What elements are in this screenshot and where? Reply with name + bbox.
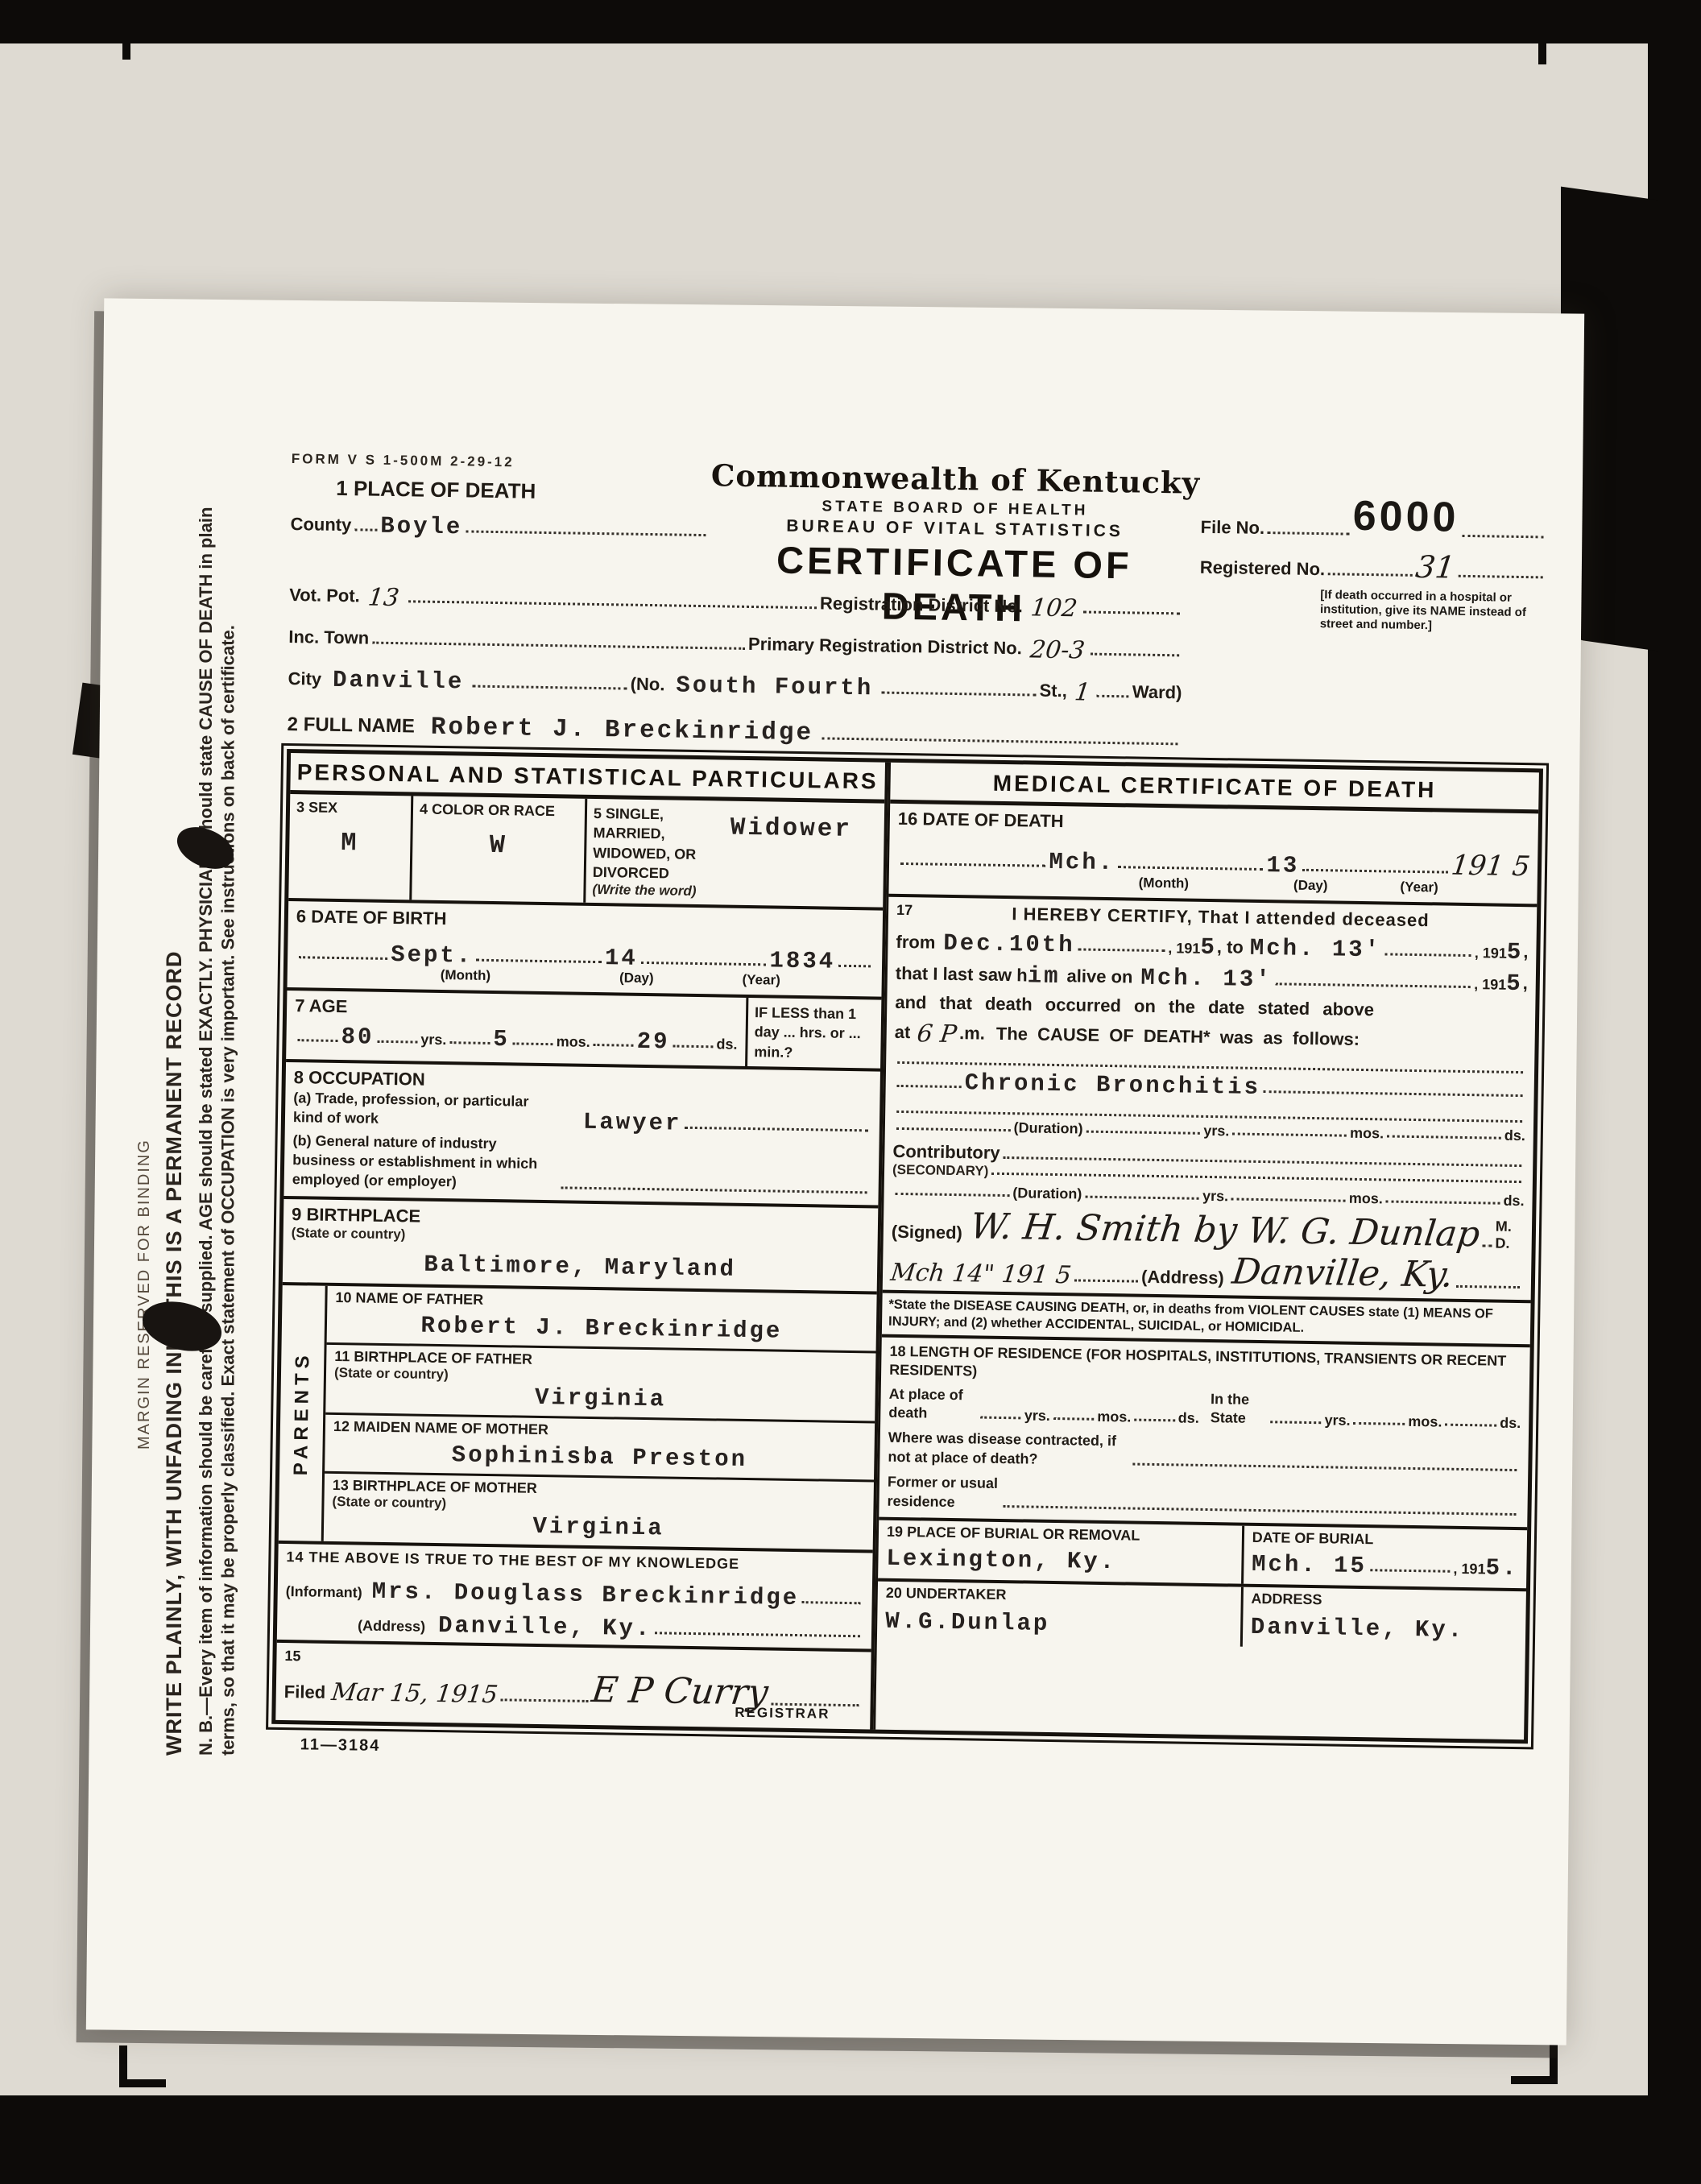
dotted-leader <box>655 1632 860 1637</box>
dotted-leader <box>372 642 745 650</box>
city-label: City <box>288 668 321 690</box>
dotted-leader <box>297 1039 337 1042</box>
dotted-leader <box>1459 575 1543 579</box>
parents-vertical-label: PARENTS <box>279 1285 328 1541</box>
marital-value: Widower <box>729 814 852 903</box>
dotted-leader <box>1264 1090 1523 1097</box>
in-state-label: In the State <box>1211 1390 1268 1429</box>
occupation-b-label: (b) General nature of industry business … <box>292 1131 559 1193</box>
county-value: Boyle <box>380 513 463 541</box>
marital-label: 5 SINGLE, MARRIED, WIDOWED, OR DIVORCED <box>593 804 731 884</box>
race-label: 4 COLOR OR RACE <box>420 801 578 821</box>
dotted-leader <box>1387 1135 1501 1139</box>
date-of-death-section: 16 DATE OF DEATH Mch. 13 191 5 (Month) (… <box>888 804 1538 908</box>
dotted-leader <box>900 862 1045 867</box>
corner-registration-mark <box>122 18 169 60</box>
certificate-title: CERTIFICATE OF DEATH <box>708 536 1201 633</box>
certification-section: 17 I HEREBY CERTIFY, That I attended dec… <box>883 897 1538 1304</box>
comma: , <box>1523 941 1529 962</box>
occupation-a-label: (a) Trade, profession, or particular kin… <box>293 1088 560 1131</box>
informant-section: 14 THE ABOVE IS TRUE TO THE BEST OF MY K… <box>277 1543 873 1652</box>
where-contracted-label: Where was disease contracted, if not at … <box>888 1429 1130 1470</box>
age-months: 5 <box>493 1026 510 1053</box>
length-of-residence-section: 18 LENGTH OF RESIDENCE (FOR HOSPITALS, I… <box>879 1338 1529 1531</box>
street-value: South Fourth <box>676 672 873 702</box>
last-saw-date: Mch. 13' <box>1140 965 1273 994</box>
city-value: Danville <box>333 667 465 696</box>
undertaker-value: W.G.Dunlap <box>885 1608 1232 1640</box>
informant-address-caption: (Address) <box>358 1617 425 1635</box>
scan-border-bottom <box>0 2095 1701 2184</box>
physician-address-caption: (Address) <box>1141 1267 1224 1289</box>
birthplace-value: Baltimore, Maryland <box>291 1249 869 1284</box>
attended-from-year: 5 <box>1200 934 1217 961</box>
age-days: 29 <box>636 1028 669 1056</box>
dotted-leader <box>1118 866 1263 871</box>
mos-caption: mos. <box>1097 1408 1131 1426</box>
dotted-leader <box>1354 1422 1405 1425</box>
dotted-leader <box>1134 1419 1175 1422</box>
dotted-leader <box>897 1085 962 1088</box>
dotted-leader <box>881 692 1036 697</box>
margin-binding-note: MARGIN RESERVED FOR BINDING <box>135 805 154 1450</box>
signed-date-value: Mch 14" 191 5 <box>889 1259 1073 1289</box>
month-caption: (Month) <box>1139 875 1190 892</box>
dotted-leader <box>472 685 627 690</box>
last-saw-pre: that I last saw h <box>896 963 1028 987</box>
month-caption: (Month) <box>441 967 491 984</box>
year-prefix: , 191 <box>1474 976 1506 994</box>
age-years: 80 <box>341 1024 374 1051</box>
dod-label: 16 DATE OF DEATH <box>898 809 1530 839</box>
birthplace-section: 9 BIRTHPLACE (State or country) Baltimor… <box>283 1199 879 1295</box>
occupation-value: Lawyer <box>583 1108 682 1136</box>
dotted-leader <box>896 1127 1011 1131</box>
burial-date-value: Mch. 15 <box>1252 1551 1367 1579</box>
registered-no-label: Registered No. <box>1200 557 1326 580</box>
dotted-leader <box>822 737 1177 745</box>
dotted-leader <box>1386 1200 1500 1204</box>
dod-month: Mch. <box>1049 849 1115 876</box>
registration-district-value: 102 <box>1029 594 1078 623</box>
day-caption: (Day) <box>1293 878 1328 895</box>
dotted-leader <box>1097 695 1129 698</box>
full-name-value: Robert J. Breckinridge <box>431 714 814 747</box>
dotted-leader <box>1270 1421 1322 1425</box>
dotted-leader <box>1462 535 1543 539</box>
county-label: County <box>290 514 351 536</box>
dotted-leader <box>299 956 387 960</box>
dotted-leader <box>685 1126 868 1131</box>
duration-caption: (Duration) <box>1012 1185 1082 1202</box>
corner-registration-mark <box>119 2045 166 2087</box>
burial-year-value: 5. <box>1485 1554 1518 1582</box>
hospital-note: [If death occurred in a hospital or inst… <box>1320 588 1546 635</box>
attended-to-value: Mch. 13' <box>1250 935 1382 964</box>
undertaker-address-label: ADDRESS <box>1251 1590 1518 1611</box>
date-of-birth-section: 6 DATE OF BIRTH Sept. 14 1834 (Month) (D… <box>287 901 883 1000</box>
dotted-leader <box>1074 1279 1138 1282</box>
death-certificate-form: FORM V S 1-500M 2-29-12 1 PLACE OF DEATH… <box>271 451 1548 1773</box>
dotted-leader <box>1086 1131 1201 1135</box>
at-label: at <box>895 1022 911 1043</box>
sex-value: M <box>296 827 404 858</box>
filed-label: Filed <box>284 1681 326 1703</box>
dob-year: 1834 <box>769 948 835 975</box>
mos-caption: mos. <box>1350 1125 1384 1143</box>
dotted-leader <box>513 1043 553 1046</box>
commonwealth-title: Commonwealth of Kentucky <box>710 457 1202 501</box>
filed-date-value: Mar 15, 1915 <box>330 1678 499 1709</box>
header-right: File No. 6000 Registered No. 31 [If deat… <box>1199 465 1548 639</box>
dotted-leader <box>594 1044 634 1047</box>
year-caption: (Year) <box>1400 879 1438 896</box>
burial-place-value: Lexington, Ky. <box>886 1545 1233 1578</box>
dotted-leader <box>1053 1417 1095 1421</box>
scan-border-top <box>0 0 1701 43</box>
dotted-leader <box>1132 1463 1517 1471</box>
from-label: from <box>896 932 935 953</box>
comma: , <box>1522 973 1528 994</box>
margin-nb-note: N. B.—Every item of information should b… <box>195 499 263 1756</box>
dotted-leader <box>991 1173 1521 1183</box>
informant-section-label: 14 THE ABOVE IS TRUE TO THE BEST OF MY K… <box>286 1549 864 1574</box>
dotted-leader <box>1328 573 1413 577</box>
file-no-label: File No. <box>1200 517 1264 539</box>
place-of-death-label: 1 PLACE OF DEATH <box>336 476 710 507</box>
corner-registration-mark <box>1500 23 1546 64</box>
dotted-leader <box>1370 1569 1451 1573</box>
cause-of-death-value: Chronic Bronchitis <box>965 1069 1261 1101</box>
ds-caption: ds. <box>1178 1410 1199 1427</box>
dotted-leader <box>1384 953 1471 957</box>
informant-address-value: Danville, Ky. <box>438 1612 652 1642</box>
md-caption: M. D. <box>1495 1218 1524 1253</box>
margin-write-plainly-note: WRITE PLAINLY, WITH UNFADING INK—THIS IS… <box>162 499 187 1756</box>
dotted-leader <box>1445 1424 1496 1427</box>
duration-caption: (Duration) <box>1013 1119 1082 1137</box>
certify-line: I HEREBY CERTIFY, That I attended deceas… <box>1012 904 1430 931</box>
dotted-leader <box>1004 1505 1517 1516</box>
ds-caption: ds. <box>1504 1127 1525 1144</box>
dotted-leader <box>561 1186 867 1193</box>
dotted-leader <box>449 1041 490 1044</box>
corner-registration-mark <box>1511 2042 1558 2084</box>
to-label: , to <box>1217 937 1244 958</box>
father-name-row: 10 NAME OF FATHER Robert J. Breckinridge <box>327 1285 877 1353</box>
vot-pot-value: 13 <box>366 584 400 613</box>
vot-pot-label: Vot. Pot. <box>289 585 360 606</box>
father-name-value: Robert J. Breckinridge <box>335 1311 868 1346</box>
dotted-leader <box>1302 869 1447 874</box>
dob-label: 6 DATE OF BIRTH <box>296 906 875 936</box>
dotted-leader <box>1268 532 1349 536</box>
mos-caption: mos. <box>1408 1413 1442 1431</box>
burial-place-label: 19 PLACE OF BURIAL OR REMOVAL <box>887 1524 1234 1546</box>
burial-section: 19 PLACE OF BURIAL OR REMOVAL Lexington,… <box>878 1520 1527 1592</box>
primary-registration-label: Primary Registration District No. <box>748 634 1022 659</box>
primary-registration-value: 20-3 <box>1028 635 1086 664</box>
dotted-leader <box>980 1417 1021 1420</box>
filed-section: 15 Filed Mar 15, 1915 E P Curry REGISTRA… <box>275 1642 871 1729</box>
dotted-leader <box>896 1193 1010 1197</box>
residence-label: 18 LENGTH OF RESIDENCE (FOR HOSPITALS, I… <box>889 1342 1522 1390</box>
yrs-caption: yrs. <box>1024 1408 1050 1425</box>
attended-from-value: Dec.10th <box>943 930 1075 959</box>
dotted-leader <box>1232 1132 1347 1136</box>
last-saw-year: 5 <box>1506 970 1523 997</box>
dob-month: Sept. <box>391 941 474 970</box>
signed-caption: (Signed) <box>892 1222 962 1243</box>
contributory-label: Contributory <box>892 1141 1000 1164</box>
year-caption: (Year) <box>742 972 780 989</box>
certificate-body: PERSONAL AND STATISTICAL PARTICULARS 3 S… <box>271 749 1543 1743</box>
inc-town-label: Inc. Town <box>288 627 369 649</box>
dotted-leader <box>1483 1244 1492 1247</box>
at-place-label: At place of death <box>888 1384 978 1424</box>
yrs-caption: yrs. <box>1202 1188 1228 1206</box>
file-no-value: 6000 <box>1352 492 1459 542</box>
age-section: 7 AGE 80 yrs. 5 mos. 29 <box>286 991 881 1071</box>
race-value: W <box>419 829 578 862</box>
st-label: St., <box>1039 680 1067 702</box>
mos-caption: mos. <box>557 1033 590 1051</box>
year-prefix: , 191 <box>1168 940 1200 958</box>
undertaker-address-value: Danville, Ky. <box>1251 1614 1518 1644</box>
registration-district-label: Registration District No. <box>820 593 1023 617</box>
year-prefix: , 191 <box>1453 1561 1485 1578</box>
burial-date-label: DATE OF BURIAL <box>1252 1529 1519 1550</box>
alive-on-label: alive on <box>1066 966 1132 987</box>
physician-address-value: Danville, Ky. <box>1230 1251 1455 1296</box>
informant-caption: (Informant) <box>286 1583 362 1601</box>
mos-caption: mos. <box>1349 1190 1383 1208</box>
registrar-signature: E P Curry <box>590 1669 771 1713</box>
full-name-label: 2 FULL NAME <box>287 714 415 738</box>
dotted-leader <box>1456 1285 1520 1288</box>
mother-name-row: 12 MAIDEN NAME OF MOTHER Sophinisba Pres… <box>325 1414 875 1482</box>
personal-particulars-column: PERSONAL AND STATISTICAL PARTICULARS 3 S… <box>275 753 888 1729</box>
occupation-section: 8 OCCUPATION (a) Trade, profession, or p… <box>283 1062 880 1208</box>
undertaker-label: 20 UNDERTAKER <box>886 1585 1233 1607</box>
dob-day: 14 <box>605 945 638 972</box>
street-no-label: (No. <box>630 674 664 696</box>
death-time-value: 6 P <box>915 1020 958 1049</box>
day-caption: (Day) <box>619 970 654 987</box>
secondary-caption: (SECONDARY) <box>892 1162 989 1180</box>
last-saw-him: im <box>1027 962 1060 990</box>
ds-caption: ds. <box>716 1036 737 1053</box>
ward-label: Ward) <box>1132 681 1182 703</box>
medical-certificate-column: MEDICAL CERTIFICATE OF DEATH 16 DATE OF … <box>873 763 1539 1739</box>
yrs-caption: yrs. <box>420 1032 446 1049</box>
undertaker-section: 20 UNDERTAKER W.G.Dunlap ADDRESS Danvill… <box>877 1582 1526 1652</box>
mother-name-value: Sophinisba Preston <box>333 1440 866 1475</box>
dotted-leader <box>641 962 767 966</box>
marital-sub-label: (Write the word) <box>592 882 729 900</box>
dotted-leader <box>476 959 602 963</box>
mother-name-label: 12 MAIDEN NAME OF MOTHER <box>333 1418 867 1443</box>
dotted-leader <box>1231 1197 1346 1202</box>
attended-to-year: 5 <box>1507 939 1524 966</box>
dod-day: 13 <box>1266 852 1299 879</box>
informant-value: Mrs. Douglass Breckinridge <box>371 1578 799 1611</box>
dotted-leader <box>838 965 871 968</box>
dotted-leader <box>354 528 377 531</box>
m-label: .m. <box>959 1023 985 1044</box>
dotted-leader <box>1276 982 1471 988</box>
mother-birthplace-row: 13 BIRTHPLACE OF MOTHER (State or countr… <box>324 1473 874 1549</box>
yrs-caption: yrs. <box>1324 1413 1350 1430</box>
sex-label: 3 SEX <box>296 799 404 817</box>
dotted-leader <box>673 1045 713 1049</box>
physician-signature: W. H. Smith by W. G. Dunlap <box>968 1206 1482 1255</box>
age-if-less-note: IF LESS than 1 day ... hrs. or ... min.? <box>754 1003 875 1063</box>
registered-no-value: 31 <box>1414 549 1458 585</box>
yrs-caption: yrs. <box>1203 1123 1229 1140</box>
dod-year: 191 5 <box>1449 850 1531 883</box>
dotted-leader <box>1085 1196 1199 1200</box>
dotted-leader <box>466 530 706 536</box>
ds-caption: ds. <box>1500 1415 1521 1432</box>
ds-caption: ds. <box>1503 1193 1524 1210</box>
dotted-leader <box>377 1040 417 1044</box>
dotted-leader <box>802 1601 861 1604</box>
certify-number: 17 <box>896 902 913 923</box>
father-birthplace-row: 11 BIRTHPLACE OF FATHER (State or countr… <box>325 1344 875 1423</box>
dotted-leader <box>1078 948 1165 952</box>
year-prefix: , 191 <box>1475 945 1507 962</box>
parents-section: PARENTS 10 NAME OF FATHER Robert J. Brec… <box>279 1285 877 1553</box>
former-residence-label: Former or usual residence <box>887 1473 1000 1512</box>
left-margin-instructions: MARGIN RESERVED FOR BINDING WRITE PLAINL… <box>135 499 263 1756</box>
age-label: 7 AGE <box>295 995 738 1024</box>
death-occurred-line: and that death occurred on the date stat… <box>895 992 1527 1023</box>
dotted-leader <box>1091 653 1179 657</box>
